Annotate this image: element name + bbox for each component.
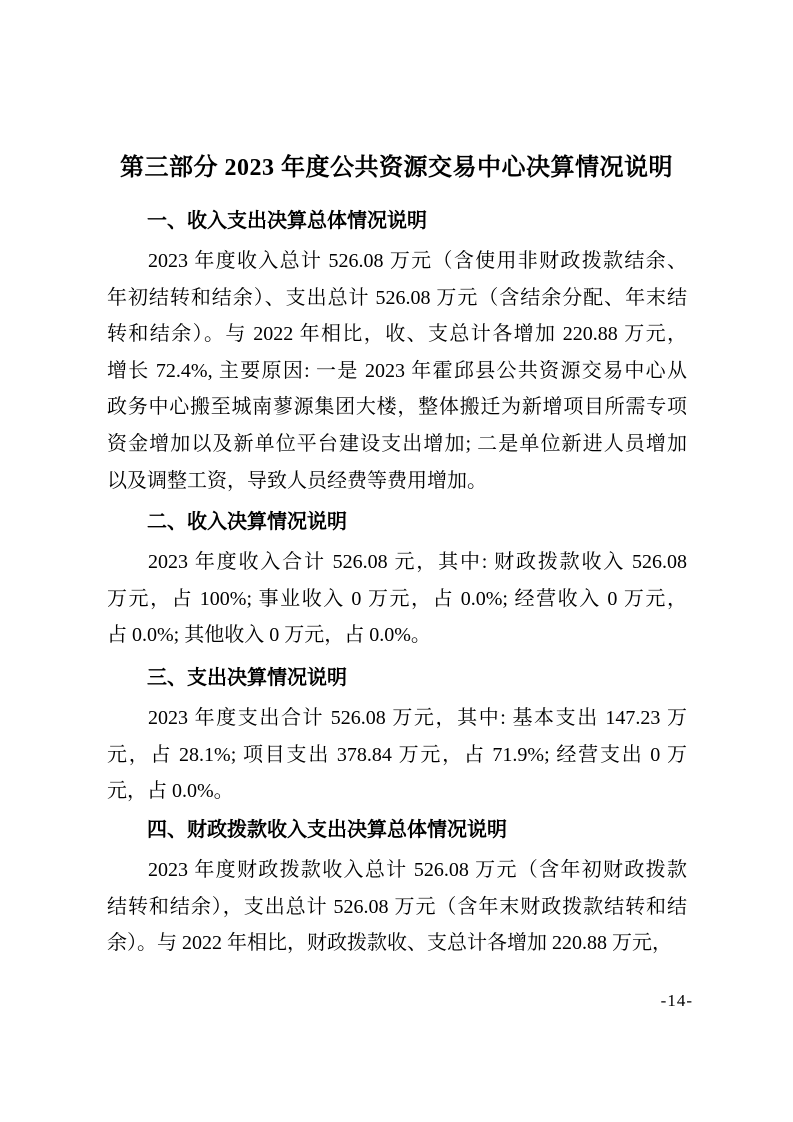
document-title: 第三部分 2023 年度公共资源交易中心决算情况说明 [0, 147, 793, 182]
text-line: 2023 年度财政拨款收入总计 526.08 万元（含年初财政拨款 [107, 852, 687, 889]
text-line: 结转和结余），支出总计 526.08 万元（含年末财政拨款结转和结 [107, 889, 687, 926]
text-line: 政务中心搬至城南蓼源集团大楼，整体搬迁为新增项目所需专项 [107, 389, 687, 426]
paragraph-income-detail: 2023 年度收入合计 526.08 元，其中: 财政拨款收入 526.08 万… [107, 544, 687, 654]
document-page: 第三部分 2023 年度公共资源交易中心决算情况说明 一、收入支出决算总体情况说… [0, 0, 793, 1122]
text-line: 2023 年度支出合计 526.08 万元，其中: 基本支出 147.23 万 [107, 700, 687, 737]
page-number: -14- [661, 991, 693, 1011]
text-line: 2023 年度收入总计 526.08 万元（含使用非财政拨款结余、 [107, 243, 687, 280]
text-line: 以及调整工资，导致人员经费等费用增加。 [107, 463, 687, 500]
section-heading-fiscal-appropriation-overview: 四、财政拨款收入支出决算总体情况说明 [107, 816, 687, 844]
text-line: 万元，占 100%; 事业收入 0 万元，占 0.0%; 经营收入 0 万元， [107, 581, 687, 618]
text-line: 2023 年度收入合计 526.08 元，其中: 财政拨款收入 526.08 [107, 544, 687, 581]
section-heading-income-expense-overview: 一、收入支出决算总体情况说明 [107, 207, 687, 235]
text-line: 资金增加以及新单位平台建设支出增加; 二是单位新进人员增加 [107, 426, 687, 463]
section-heading-income-detail: 二、收入决算情况说明 [107, 508, 687, 536]
text-line: 元，占 28.1%; 项目支出 378.84 万元，占 71.9%; 经营支出 … [107, 737, 687, 774]
paragraph-fiscal-appropriation-overview: 2023 年度财政拨款收入总计 526.08 万元（含年初财政拨款 结转和结余）… [107, 852, 687, 962]
paragraph-income-expense-overview: 2023 年度收入总计 526.08 万元（含使用非财政拨款结余、 年初结转和结… [107, 243, 687, 499]
text-line: 元，占 0.0%。 [107, 773, 687, 810]
paragraph-expense-detail: 2023 年度支出合计 526.08 万元，其中: 基本支出 147.23 万 … [107, 700, 687, 810]
text-line: 增长 72.4%, 主要原因: 一是 2023 年霍邱县公共资源交易中心从 [107, 353, 687, 390]
text-line: 年初结转和结余）、支出总计 526.08 万元（含结余分配、年末结 [107, 280, 687, 317]
text-line: 转和结余）。与 2022 年相比，收、支总计各增加 220.88 万元， [107, 316, 687, 353]
section-heading-expense-detail: 三、支出决算情况说明 [107, 664, 687, 692]
text-line: 占 0.0%; 其他收入 0 万元，占 0.0%。 [107, 617, 687, 654]
text-line: 余）。与 2022 年相比，财政拨款收、支总计各增加 220.88 万元， [107, 925, 687, 962]
